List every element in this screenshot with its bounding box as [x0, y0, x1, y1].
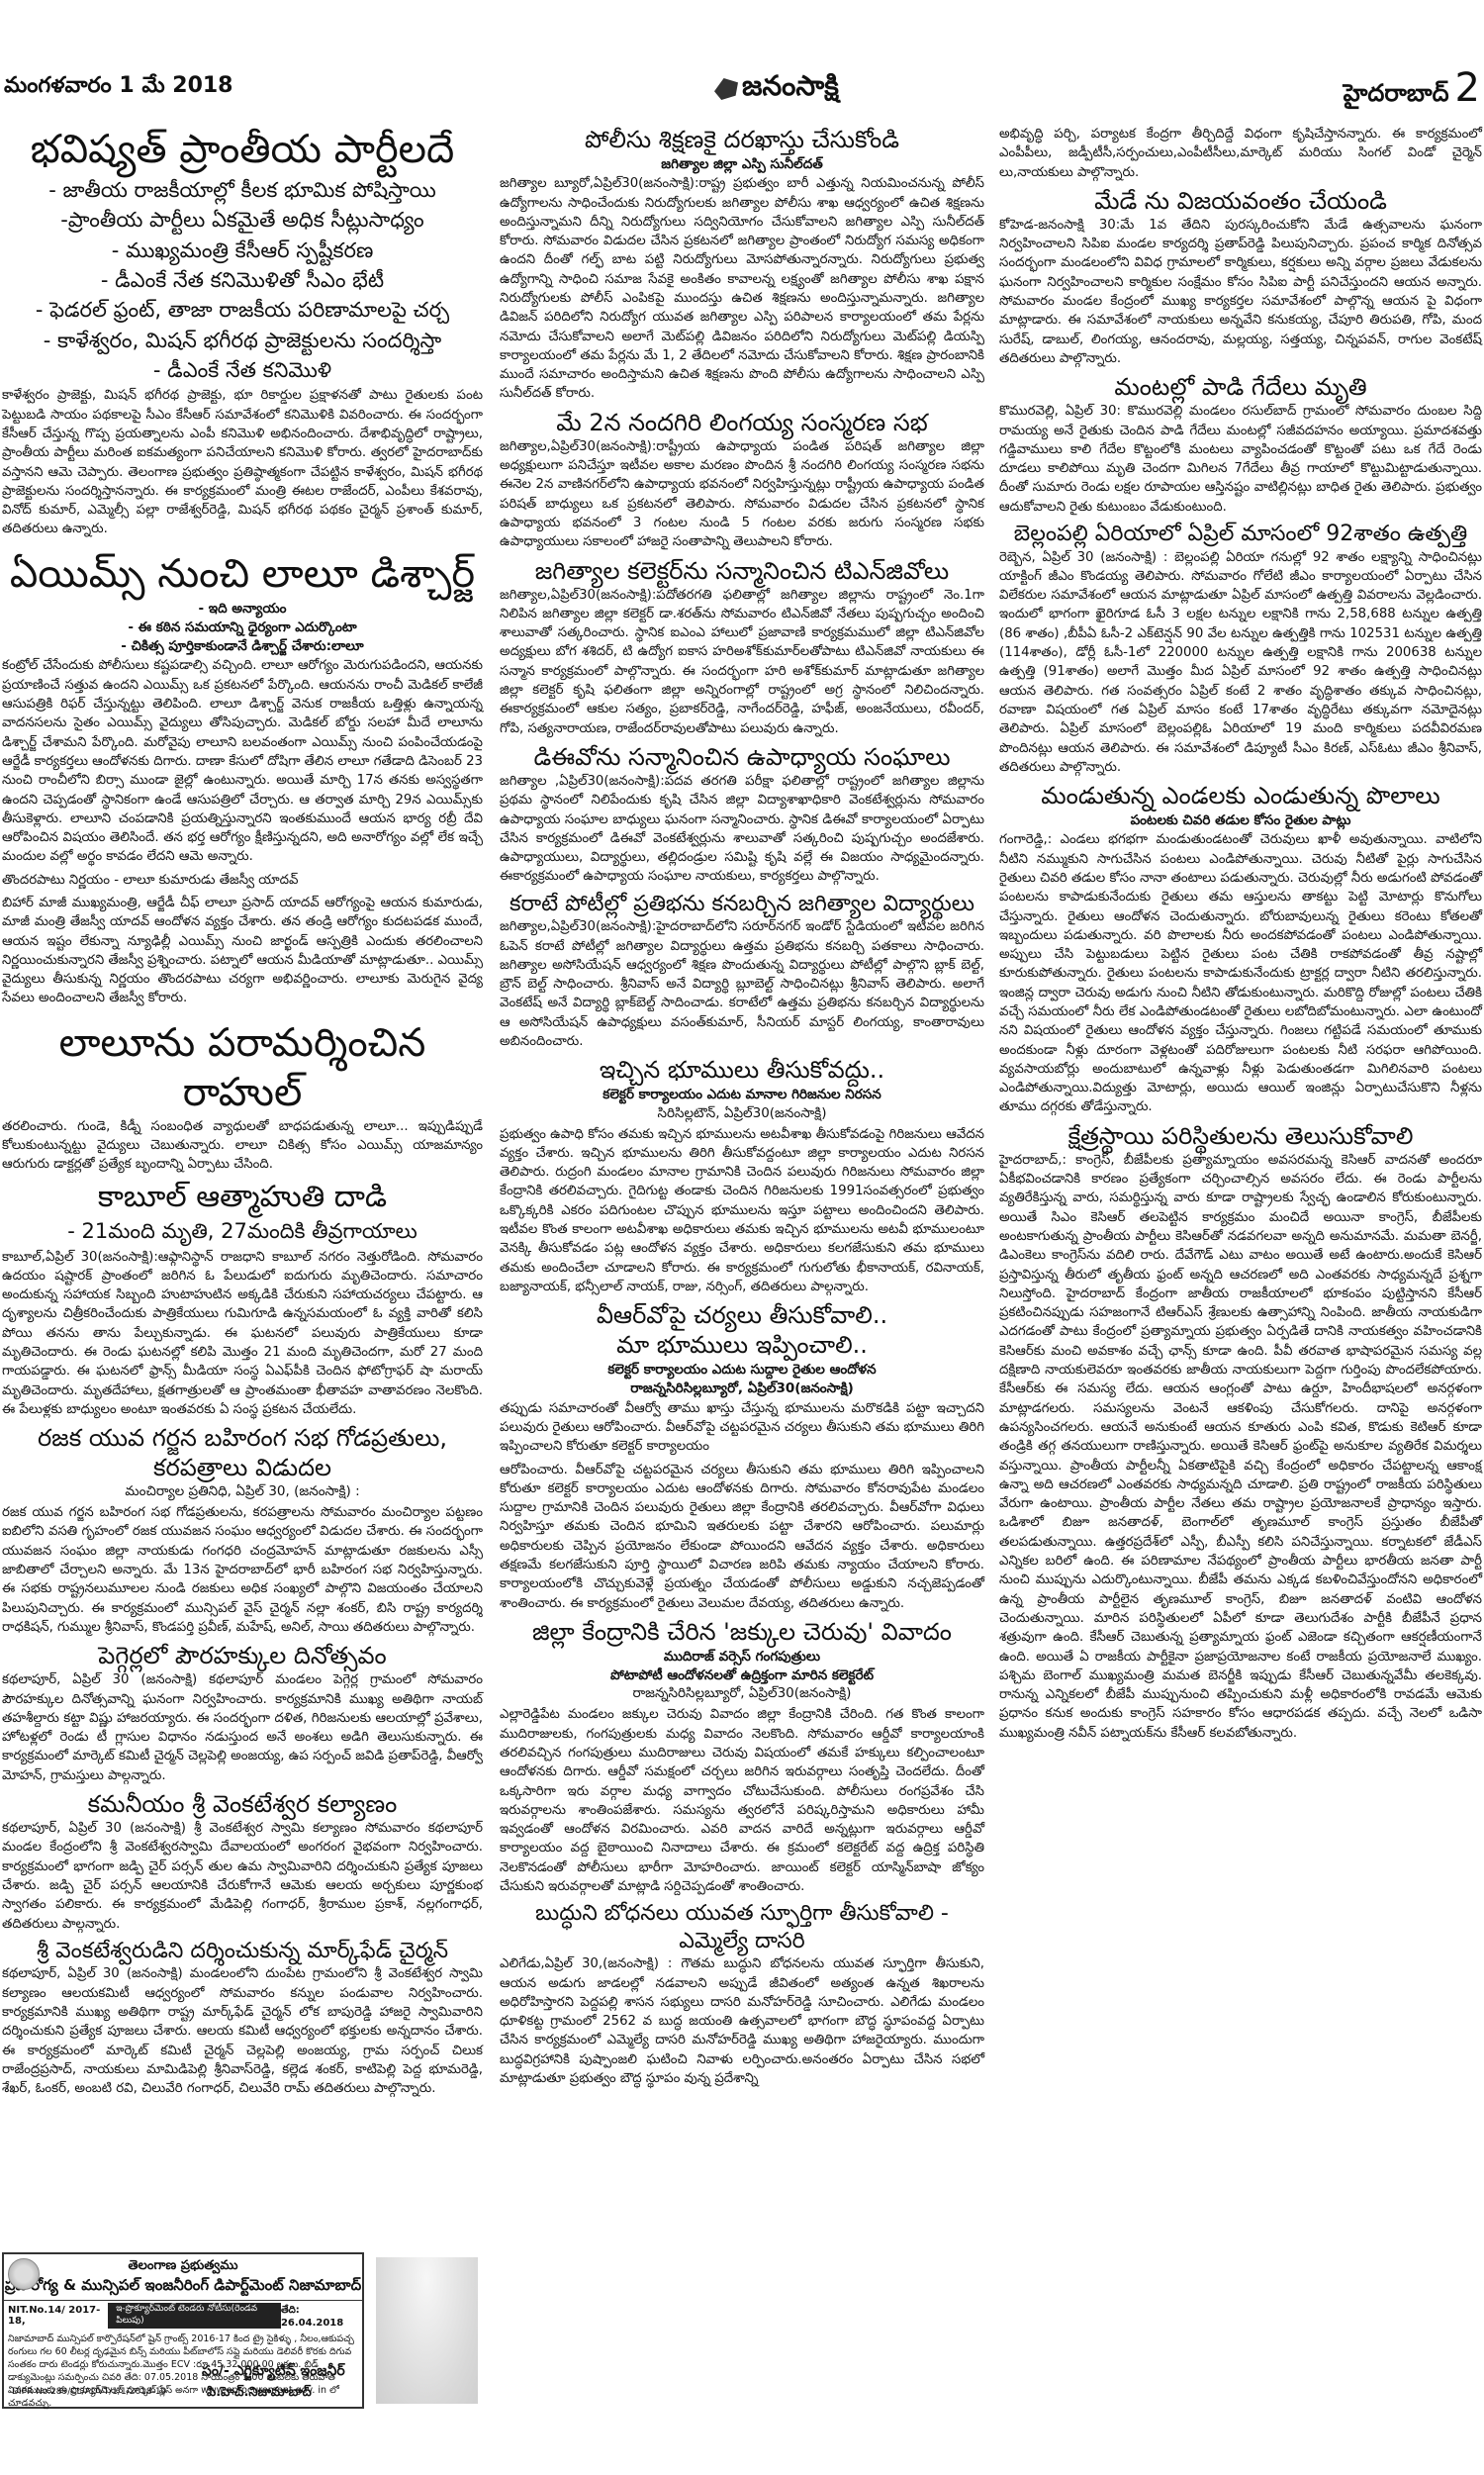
article-drying-fields: మండుతున్న ఎండలకు ఎండుతున్న పొలాలు పంటలకు…	[999, 781, 1482, 1117]
ad-nit-number: NIT.No.14/ 2017-18,	[8, 2305, 108, 2327]
article-kalyanam: కమనీయం శ్రీ వెంకటేశ్వర కల్యాణం కథలాపూర్,…	[2, 1789, 483, 1934]
tender-advertisement: తెలంగాణ ప్రభుత్వము ప్రజారోగ్య & మున్సిపల…	[2, 2252, 364, 2409]
ad-govt: తెలంగాణ ప్రభుత్వము	[4, 2258, 362, 2276]
subhead: కలెక్టర్ కార్యాలయం ఎదుట మానాల గిరిజనుల న…	[500, 1086, 984, 1103]
article-field-level: క్షేత్రస్థాయి పరిస్థితులను తెలుసుకోవాలి …	[999, 1121, 1482, 1743]
dateline: రాజన్నసిరిసిల్లబ్యూరో, ఏప్రిల్30(జనంసాక్…	[500, 1685, 984, 1704]
headline: కాబూల్ ఆత్మాహుతి దాడి	[2, 1179, 483, 1216]
article-body: కంట్రోల్ చేసేందుకు పోలీసులు కష్టపడాల్సి …	[2, 656, 483, 866]
subhead: పంటలకు చివరి తడుల కోసం రైతుల పాట్లు	[999, 811, 1482, 829]
article-buddha-teachings: బుద్ధుని బోధనలు యువత స్ఫూర్తిగా తీసుకోవా…	[500, 1900, 984, 2088]
headline: ఇచ్చిన భూములు తీసుకోవద్దు..	[500, 1055, 984, 1085]
article-body: జగిత్యాల బ్యూరో,ఏప్రిల్30(జనంసాక్షి):రాష…	[500, 174, 984, 404]
ad-date: తేది: 26.04.2018	[281, 2304, 358, 2329]
newspaper-page: మంగళవారం 1 మే 2018 జనంసాక్షి హైదరాబాద్2 …	[0, 0, 1484, 2475]
headline: ఏయిమ్స్ నుంచి లాలూ డిశ్చార్జ్	[2, 549, 483, 599]
headline: డిఈవోను సన్మానించిన ఉపాధ్యాయ సంఘాలు	[500, 742, 984, 772]
subhead: - డీఎంకే నేత కనిమొళితో సీఎం భేటీ	[2, 266, 483, 294]
subhead: - చికిత్స పూర్తికాకుండానే డిశ్చార్జ్ చేశ…	[2, 637, 483, 655]
subhead: - కాళేశ్వరం, మిషన్ భగీరథ ప్రాజెక్టులను స…	[2, 327, 483, 354]
headline: జిల్లా కేంద్రానికి చేరిన 'జక్కుల చెరువు'…	[500, 1617, 984, 1647]
headline: కరాటే పోటీల్లో ప్రతిభను కనబర్చిన జగిత్యా…	[500, 891, 984, 918]
article-regional-parties: భవిష్యత్ ప్రాంతీయ పార్టీలదే - జాతీయ రాజక…	[2, 125, 483, 539]
headline: మా భూములు ఇప్పించాలి..	[500, 1330, 984, 1360]
masthead: మంగళవారం 1 మే 2018 జనంసాక్షి హైదరాబాద్2	[0, 69, 1484, 109]
article-body: రజక యువ గర్జన బహిరంగ సభ గోడప్రతులను, కరప…	[2, 1503, 483, 1637]
article-mayday: మేడే ను విజయవంతం చేయండి కోహెడ-జనంసాక్షి …	[999, 186, 1482, 368]
article-lalu-discharge: ఏయిమ్స్ నుంచి లాలూ డిశ్చార్జ్ - ఇది అన్య…	[2, 549, 483, 1008]
dateline: మంచిర్యాల ప్రతినిధి, ఏప్రిల్ 30, (జనంసాక…	[2, 1483, 483, 1502]
headline: రజక యువ గర్జన బహిరంగ సభ గోడప్రతులు,	[2, 1423, 483, 1453]
headline: బుద్ధుని బోధనలు యువత స్ఫూర్తిగా తీసుకోవా…	[500, 1900, 984, 1954]
headline: పోలీసు శిక్షణకై దరఖాస్తు చేసుకోండి	[500, 125, 984, 154]
ad-placeholder-box	[376, 2257, 478, 2404]
column-right: అభివృద్ధి పర్చి, పర్యాటక కేంద్రగా తీర్చి…	[999, 125, 1482, 1747]
article-body: కోహెడ-జనంసాక్షి 30:మే 1వ తేదిని పురస్కరి…	[999, 216, 1482, 368]
article-collector-honour: జగిత్యాల కలెక్టర్‌ను సన్మానించిన టిఎన్‌జ…	[500, 556, 984, 738]
headline: పెగ్గెర్లలో పౌరహక్కుల దినోత్సవం	[2, 1641, 483, 1670]
article-body: కాళేశ్వరం ప్రాజెక్టు, మిషన్ భగీరథ ప్రాజె…	[2, 386, 483, 538]
subhead: పోటాపోటీ ఆందోళనలతో ఉద్రిక్తంగా మారిన కలె…	[500, 1666, 984, 1684]
article-body: జగిత్యాల,ఏప్రిల్30(జనంసాక్షి):హైదరాబాద్‌…	[500, 917, 984, 1051]
subhead: - ఫెడరల్ ఫ్రంట్, తాజా రాజకీయ పరిణామాలపై …	[2, 296, 483, 324]
byline: జగిత్యాల జిల్లా ఎస్పి సునీల్‌దత్	[500, 155, 984, 173]
headline: బెల్లంపల్లి ఏరియాలో ఏప్రిల్ మాసంలో 92శాత…	[999, 521, 1482, 548]
article-rajaka-meeting: రజక యువ గర్జన బహిరంగ సభ గోడప్రతులు, కరపత…	[2, 1423, 483, 1637]
article-body: గంగారెడ్డి,: ఎండలు భగభగా మండుతుండటంతో చె…	[999, 830, 1482, 1116]
article-body: కథలాపూర్, ఏప్రిల్ 30 (జనంసాక్షి) కథలాపూర…	[2, 1670, 483, 1785]
column-middle: పోలీసు శిక్షణకై దరఖాస్తు చేసుకోండి జగిత్…	[500, 125, 984, 2092]
headline: మండుతున్న ఎండలకు ఎండుతున్న పొలాలు	[999, 781, 1482, 810]
article-continuation: అభివృద్ధి పర్చి, పర్యాటక కేంద్రగా తీర్చి…	[999, 125, 1482, 182]
article-jakkula-cheruvu: జిల్లా కేంద్రానికి చేరిన 'జక్కుల చెరువు'…	[500, 1617, 984, 1896]
ad-meta-row: NIT.No.14/ 2017-18, ఇ-ప్రొక్యూర్‌మెంట్ ట…	[4, 2300, 362, 2331]
ad-office: పి.హెచ్.నిజామాబాద్	[207, 2385, 312, 2403]
article-body: ప్రభుత్వం ఉపాధి కోసం తమకు ఇచ్చిన భూములను…	[500, 1125, 984, 1297]
dateline: రాజన్నసిరిసిల్లబ్యూరో, ఏప్రిల్30(జనంసాక్…	[500, 1380, 984, 1397]
article-buffalo-fire: మంటల్లో పాడి గేదేలు మృతి కొమురవెల్లి, ఏప…	[999, 372, 1482, 517]
article-body: కథలాపూర్, ఏప్రిల్ 30 (జనంసాక్షి) మండలంలో…	[2, 1964, 483, 2098]
edition-label: హైదరాబాద్2	[1344, 65, 1480, 113]
ad-signature: సం/- ఎగ్జిక్యూటివ్ ఇంజనీర్	[202, 2363, 345, 2382]
article-body: రెబ్బెన, ఏప్రిల్ 30 (జనంసాక్షి) : బెల్లం…	[999, 548, 1482, 778]
article-karate: కరాటే పోటీల్లో ప్రతిభను కనబర్చిన జగిత్యా…	[500, 891, 984, 1052]
article-body: బిహార్ మాజీ ముఖ్యమంత్రి, ఆర్జేడీ చీఫ్ లా…	[2, 894, 483, 1008]
article-vro-protest: వీఆర్‌వోపై చర్యలు తీసుకోవాలి.. మా భూములు…	[500, 1300, 984, 1613]
page-number: 2	[1455, 65, 1480, 111]
article-body: ఎలిగేడు,ఏప్రిల్ 30,(జనంసాక్షి) : గౌతమ బు…	[500, 1954, 984, 2088]
article-body: కథలాపూర్, ఏప్రిల్ 30 (జనంసాక్షి) శ్రీ వె…	[2, 1819, 483, 1934]
article-tribal-lands: ఇచ్చిన భూములు తీసుకోవద్దు.. కలెక్టర్ కార…	[500, 1055, 984, 1296]
ad-notice-label: ఇ-ప్రొక్యూర్‌మెంట్ టెండరు నోటీసు(రెండవ ప…	[108, 2303, 281, 2329]
subhead: - ముఖ్యమంత్రి కేసీఆర్ స్పష్టీకరణ	[2, 237, 483, 264]
article-rahul-visit: లాలూను పరామర్శించిన రాహుల్ తరలించారు. గు…	[2, 1018, 483, 1175]
article-nandagiri: మే 2న నందగిరి లింగయ్య సంస్మరణ సభ జగిత్యా…	[500, 408, 984, 552]
article-subhead: తొందరపాటు నిర్ణయం - లాలూ కుమారుడు తేజస్వ…	[2, 871, 483, 890]
article-body: తప్పుడు సమాచారంతో వీఆర్వో తాము ఖాస్తు చే…	[500, 1399, 984, 1457]
article-body: కాబూల్,ఏప్రిల్ 30(జనంసాక్షి):ఆఫ్గానిస్థా…	[2, 1248, 483, 1420]
article-peggerla: పెగ్గెర్లలో పౌరహక్కుల దినోత్సవం కథలాపూర్…	[2, 1641, 483, 1785]
article-body: కొమురవెల్లి, ఏప్రిల్ 30: కొమురవెల్లి మండ…	[999, 402, 1482, 517]
headline: లాలూను పరామర్శించిన రాహుల్	[2, 1018, 483, 1117]
article-deo-honour: డిఈవోను సన్మానించిన ఉపాధ్యాయ సంఘాలు జగిత…	[500, 742, 984, 887]
article-body: జగిత్యాల ,ఏప్రిల్30(జనంసాక్షి):పదవ తరగతి…	[500, 772, 984, 887]
headline: భవిష్యత్ ప్రాంతీయ పార్టీలదే	[2, 125, 483, 174]
headline: క్షేత్రస్థాయి పరిస్థితులను తెలుసుకోవాలి	[999, 1121, 1482, 1151]
headline: జగిత్యాల కలెక్టర్‌ను సన్మానించిన టిఎన్‌జ…	[500, 556, 984, 586]
headline: మే 2న నందగిరి లింగయ్య సంస్మరణ సభ	[500, 408, 984, 437]
subhead: - జాతీయ రాజకీయాల్లో కీలక భూమిక పోషిస్తాయ…	[2, 176, 483, 204]
headline: వీఆర్‌వోపై చర్యలు తీసుకోవాలి..	[500, 1300, 984, 1330]
subhead: ముదిరాజ్ వర్సెస్ గంగపుత్రులు	[500, 1648, 984, 1666]
article-kabul-attack: కాబూల్ ఆత్మాహుతి దాడి - 21మంది మృతి, 27మ…	[2, 1179, 483, 1420]
article-bellampalli: బెల్లంపల్లి ఏరియాలో ఏప్రిల్ మాసంలో 92శాత…	[999, 521, 1482, 777]
article-body: జగిత్యాల,ఏప్రిల్30(జనంసాక్షి):పదోతరగతి ఫ…	[500, 586, 984, 738]
headline: మేడే ను విజయవంతం చేయండి	[999, 186, 1482, 216]
subhead: - 21మంది మృతి, 27మందికి తీవ్రగాయాలు	[2, 1217, 483, 1245]
edition-city: హైదరాబాద్	[1344, 79, 1449, 107]
headline: మంటల్లో పాడి గేదేలు మృతి	[999, 372, 1482, 402]
ad-dept: ప్రజారోగ్య & మున్సిపల్ ఇంజనీరింగ్ డిపార్…	[4, 2276, 362, 2298]
subhead: - ఈ కఠిన సమయాన్ని ధైర్యంగా ఎదుర్కొంటా	[2, 619, 483, 636]
subhead: - డీఎంకే నేత కనిమొళి	[2, 356, 483, 384]
dateline: సిరిసిల్లటౌన్, ఏప్రిల్30(జనంసాక్షి)	[500, 1105, 984, 1124]
subhead: -ప్రాంతీయ పార్టీలు ఏకమైతే అధిక సీట్లుసాధ…	[2, 206, 483, 234]
article-body: ఎల్లారెడ్డిపేట మండలం జక్కుల చెరువు వివాద…	[500, 1705, 984, 1896]
subhead: కలెక్టర్ కార్యాలయం ఎదుట సుద్దాల రైతుల ఆం…	[500, 1361, 984, 1379]
government-seal-icon	[8, 2258, 40, 2290]
issue-date: మంగళవారం 1 మే 2018	[4, 73, 233, 103]
ad-dipr-number: DIPR No.289/CL/ADVT/1/1/2018-19	[12, 2387, 166, 2397]
map-logo-icon	[714, 78, 738, 100]
article-police-training: పోలీసు శిక్షణకై దరఖాస్తు చేసుకోండి జగిత్…	[500, 125, 984, 404]
subhead: - ఇది అన్యాయం	[2, 600, 483, 618]
article-body: ఆరోపించారు. వీఆర్‌వోపై చట్టపరమైన చర్యలు …	[500, 1461, 984, 1613]
article-markfed: శ్రీ వెంకటేశ్వరుడిని దర్శించుకున్న మార్క…	[2, 1938, 483, 2099]
paper-logo: జనంసాక్షి	[714, 69, 839, 109]
paper-name: జనంసాక్షి	[742, 69, 839, 109]
article-body: హైదరాబాద్,: కాంగ్రెస్, బీజేపీలకు ప్రత్యా…	[999, 1151, 1482, 1743]
headline: కమనీయం శ్రీ వెంకటేశ్వర కల్యాణం	[2, 1789, 483, 1819]
headline: కరపత్రాలు విడుదల	[2, 1453, 483, 1482]
article-body: తరలించారు. గుండె, కిడ్నీ సంబంధిత వ్యాధుల…	[2, 1117, 483, 1175]
article-body: జగిత్యాల,ఏప్రిల్30(జనంసాక్షి):రాష్ట్రీయ …	[500, 437, 984, 552]
column-left: భవిష్యత్ ప్రాంతీయ పార్టీలదే - జాతీయ రాజక…	[2, 125, 483, 2102]
headline: శ్రీ వెంకటేశ్వరుడిని దర్శించుకున్న మార్క…	[2, 1938, 483, 1965]
